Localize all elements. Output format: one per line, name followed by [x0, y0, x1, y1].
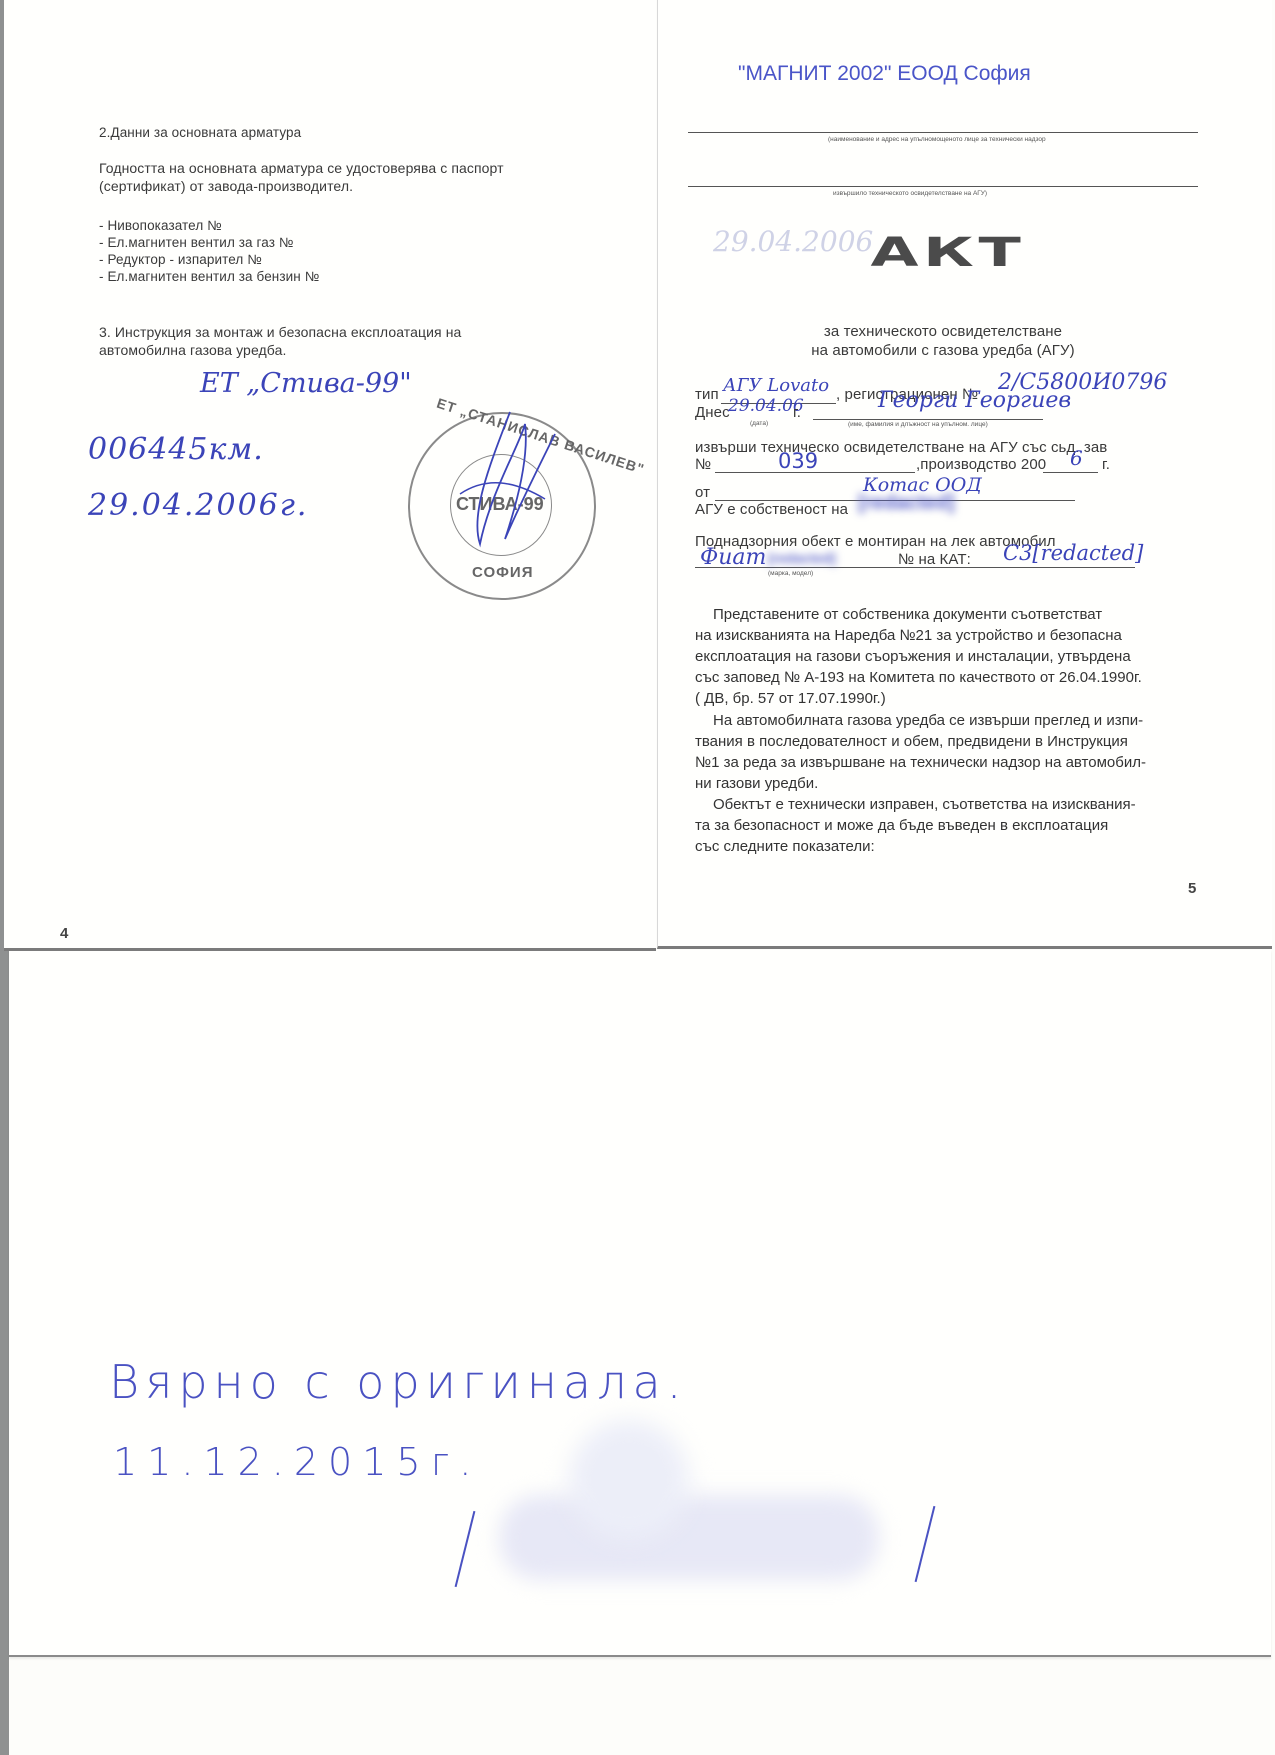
company-caption: (наименование и адрес на упълномощеното … — [828, 136, 1046, 143]
booklet-page-right: "МАГНИТ 2002" ЕООД София (наименование и… — [657, 0, 1272, 949]
vehicle-model-redacted: [redacted] — [768, 550, 836, 566]
date-caption: (дата) — [750, 420, 768, 427]
paragraph1-line4: със заповед № А-193 на Комитета по качес… — [695, 667, 1142, 688]
inspector-line — [688, 186, 1198, 187]
signature-scribble — [450, 404, 560, 554]
component-level-gauge: - Нивопоказател № — [99, 217, 222, 235]
serial-label: № — [695, 456, 711, 474]
company-stamp: "МАГНИТ 2002" ЕООД София — [738, 62, 1031, 86]
page-number-left: 4 — [60, 925, 68, 942]
component-reducer: - Редуктор - изпарител № — [99, 251, 262, 269]
paragraph1-line5: ( ДВ, бр. 57 от 17.07.1990г.) — [695, 688, 886, 709]
vehicle-make: Фиат — [700, 545, 766, 570]
component-gas-valve: - Ел.магнитен вентил за газ № — [99, 234, 293, 252]
type-label: тип — [695, 386, 719, 404]
from-label: от — [695, 484, 710, 502]
performed-line: извърши техническо освидетелстване на АГ… — [695, 439, 1107, 457]
paragraph2-line4: ни газови уредби. — [695, 773, 818, 794]
kat-label: № на КАТ: — [898, 551, 971, 569]
signature-bracket-right — [915, 1506, 936, 1582]
company-line — [688, 132, 1198, 133]
owner-value-redacted: [redacted] — [858, 492, 955, 515]
serial-value: 039 — [778, 449, 818, 473]
handwritten-date: 29.04.2006г. — [88, 488, 308, 523]
certification-sheet: Вярно с оригинала. 11.12.2015г. — [9, 950, 1271, 1657]
paragraph3-line1: Обектът е технически изправен, съответст… — [713, 794, 1136, 815]
production-suffix: г. — [1102, 456, 1110, 474]
type-value: АГУ Lovato — [723, 375, 829, 396]
certified-copy-note: Вярно с оригинала. — [109, 1355, 687, 1409]
section3-line2: автомобилна газова уредба. — [99, 342, 286, 360]
round-company-stamp: ЕТ „СТАНИСЛАВ ВАСИЛЕВ" СТИВА-99 СОФИЯ — [408, 412, 596, 600]
paragraph3-line3: със следните показатели: — [695, 836, 875, 857]
handwritten-mileage: 006445км. — [88, 432, 264, 467]
date-label: Днес — [695, 404, 730, 422]
component-petrol-valve: - Ел.магнитен вентил за бензин № — [99, 268, 319, 286]
inspector-name: Георги Георгиев — [878, 388, 1071, 413]
paragraph3-line2: та за безопасност и може да бъде въведен… — [695, 815, 1108, 836]
paragraph2-line2: твания в последователност и обем, предви… — [695, 731, 1128, 752]
production-label: ,производство 200 — [916, 456, 1046, 474]
page-number-right: 5 — [1188, 880, 1196, 897]
inspector-caption: извършило техническото освидетелстване н… — [833, 190, 987, 197]
vehicle-caption: (марка, модел) — [768, 570, 813, 577]
redacted-signature-blob — [569, 1420, 689, 1540]
production-underline — [1043, 472, 1098, 473]
paragraph2-line3: №1 за реда за извършване на технически н… — [695, 752, 1146, 773]
subtitle-line2: на автомобили с газова уредба (АГУ) — [713, 342, 1173, 360]
kat-value: С3[redacted] — [1003, 541, 1143, 565]
booklet-page-left: 2.Данни за основната арматура Годността … — [4, 0, 656, 951]
subtitle-line1: за техническото освидетелстване — [713, 323, 1173, 341]
certification-date: 11.12.2015г. — [113, 1440, 481, 1484]
date-suffix: г. — [793, 404, 801, 422]
document-title: АКТ — [793, 230, 1103, 276]
paragraph1-line1: Представените от собственика документи с… — [713, 604, 1102, 625]
stamp-bottom-text: СОФИЯ — [472, 564, 534, 581]
paragraph1-line2: на изискванията на Наредба №21 за устрой… — [695, 625, 1122, 646]
inspector-underline — [813, 419, 1043, 420]
owner-label: АГУ е собственост на — [695, 501, 848, 519]
redacted-signature — [499, 1495, 879, 1580]
section3-line1: 3. Инструкция за монтаж и безопасна експ… — [99, 324, 461, 342]
section2-title: 2.Данни за основната арматура — [99, 124, 301, 142]
production-value: 6 — [1070, 446, 1083, 470]
signature-bracket-left — [455, 1511, 476, 1587]
paragraph1-line3: експлоатация на газови съоръжения и инст… — [695, 646, 1131, 667]
section2-text-line2: (сертификат) от завода-производител. — [99, 178, 353, 196]
inspector-name-caption: (име, фамилия и длъжност на упълном. лиц… — [848, 421, 988, 428]
section2-text-line1: Годността на основната арматура се удост… — [99, 160, 504, 178]
paragraph2-line1: На автомобилната газова уредба се извърш… — [713, 710, 1143, 731]
handwritten-company: ЕТ „Стива-99" — [200, 368, 412, 399]
